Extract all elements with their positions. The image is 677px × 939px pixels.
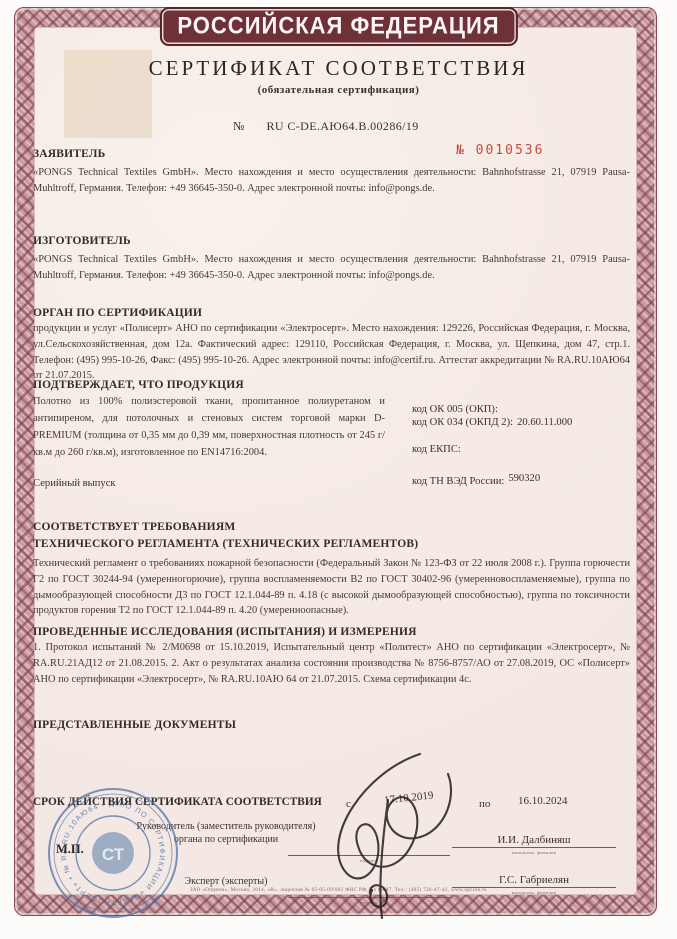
certification-body-text: продукции и услуг «Полисерт» АНО по серт…	[33, 321, 630, 384]
code-tnved-value: 590320	[508, 473, 540, 484]
manufacturer-heading: ИЗГОТОВИТЕЛЬ	[33, 235, 131, 247]
blank-serial-label: №	[456, 143, 466, 158]
stamp-center-monogram: СТ	[102, 845, 125, 864]
code-okp-label: код ОК 005 (ОКП):	[412, 404, 498, 415]
product-codes: код ОК 005 (ОКП): код ОК 034 (ОКПД 2):20…	[412, 404, 642, 487]
code-okpd2-value: 20.60.11.000	[517, 417, 572, 428]
certificate-document: РОССИЙСКАЯ ФЕДЕРАЦИЯ СЕРТИФИКАТ СООТВЕТС…	[0, 0, 677, 939]
code-tnved-row: код ТН ВЭД России:590320	[412, 476, 642, 487]
blank-serial-value: 0010536	[476, 143, 545, 158]
certification-body-heading: ОРГАН ПО СЕРТИФИКАЦИИ	[33, 307, 202, 319]
code-okpd2-row: код ОК 034 (ОКПД 2):20.60.11.000	[412, 417, 642, 428]
research-heading: ПРОВЕДЕННЫЕ ИССЛЕДОВАНИЯ (ИСПЫТАНИЯ) И И…	[33, 626, 417, 638]
applicant-heading: ЗАЯВИТЕЛЬ	[33, 148, 105, 160]
issue-type: Серийный выпуск	[33, 478, 116, 489]
research-text: 1. Протокол испытаний № 2/М0698 от 15.10…	[33, 640, 630, 687]
documents-heading: ПРЕДСТАВЛЕННЫЕ ДОКУМЕНТЫ	[33, 719, 236, 731]
certificate-title: СЕРТИФИКАТ СООТВЕТСТВИЯ	[0, 56, 677, 81]
requirements-text: Технический регламент о требованиях пожа…	[33, 556, 630, 619]
product-description: Полотно из 100% полиэстеровой ткани, про…	[33, 394, 385, 461]
stamp-place-mark: М.П.	[56, 842, 84, 857]
country-banner: РОССИЙСКАЯ ФЕДЕРАЦИЯ	[159, 7, 517, 46]
validity-to-date: 16.10.2024	[518, 795, 568, 807]
code-okp-row: код ОК 005 (ОКП):	[412, 404, 642, 415]
certificate-subtitle: (обязательная сертификация)	[0, 84, 677, 96]
country-banner-label: РОССИЙСКАЯ ФЕДЕРАЦИЯ	[177, 12, 499, 40]
applicant-text: «PONGS Technical Textiles GmbH». Место н…	[33, 165, 630, 197]
certificate-number-label: №	[233, 119, 244, 133]
manufacturer-text: «PONGS Technical Textiles GmbH». Место н…	[33, 252, 630, 284]
code-ekps-row: код ЕКПС:	[412, 444, 642, 455]
blank-serial-number: № 0010536	[456, 143, 544, 158]
certificate-number-value: RU C-DE.АЮ64.В.00286/19	[266, 119, 418, 133]
requirements-heading-1: СООТВЕТСТВУЕТ ТРЕБОВАНИЯМ	[33, 521, 235, 533]
code-okpd2-label: код ОК 034 (ОКПД 2):	[412, 417, 513, 428]
certificate-number: №RU C-DE.АЮ64.В.00286/19	[233, 119, 419, 134]
code-ekps-label: код ЕКПС:	[412, 444, 461, 455]
code-tnved-label: код ТН ВЭД России:	[412, 476, 504, 487]
handwritten-signature	[270, 742, 485, 922]
product-heading: ПОДТВЕРЖДАЕТ, ЧТО ПРОДУКЦИЯ	[33, 379, 244, 391]
requirements-heading-2: ТЕХНИЧЕСКОГО РЕГЛАМЕНТА (ТЕХНИЧЕСКИХ РЕГ…	[33, 538, 418, 550]
